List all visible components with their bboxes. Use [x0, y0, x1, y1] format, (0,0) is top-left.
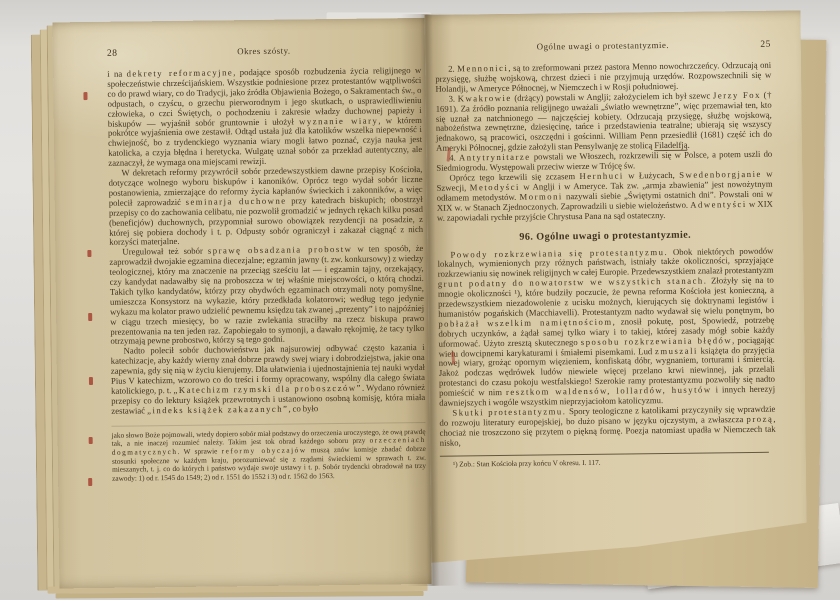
- running-head: Ogólne uwagi o protestantyzmie.: [469, 39, 737, 52]
- left-page-text: i na dekrety reformacyjne, podające spos…: [107, 66, 425, 417]
- running-head: Okres szósty.: [141, 44, 387, 57]
- red-edge-mark: [89, 377, 93, 385]
- paragraph: Powody rozkrzewiania się protestantyzmu.…: [437, 246, 775, 409]
- paragraph: Nadto polecił sobór duchowieństwu jak na…: [111, 343, 426, 416]
- left-page: 28 Okres szósty. i na dekrety reformacyj…: [53, 18, 432, 589]
- running-header-right: Ogólne uwagi o protestantyzmie. 25: [435, 39, 771, 54]
- page-number: 25: [737, 40, 771, 50]
- paragraph: Uregulował też sobór sprawę obsadzania p…: [109, 244, 424, 347]
- red-edge-mark: [88, 313, 92, 321]
- running-header-left: 28 Okres szósty.: [107, 44, 421, 59]
- photo-open-book: 28 Okres szósty. i na dekrety reformacyj…: [0, 0, 840, 600]
- red-edge-mark: [87, 250, 91, 257]
- paragraph: i na dekrety reformacyjne, podające spos…: [107, 66, 422, 169]
- paragraph: W dekretach reformy przywrócił sobór prz…: [108, 165, 423, 248]
- paragraph: 3. Kwakrowie (drżący) powstali w Anglji;…: [435, 90, 772, 154]
- right-page-footnote: ¹) Zob.: Stan Kościoła przy końcu V okre…: [440, 456, 776, 469]
- footnote-rule: [112, 422, 426, 427]
- footnote-rule: [440, 451, 769, 456]
- paragraph: Oprócz tego krzewili się zczasem Hernhuc…: [436, 170, 773, 224]
- right-page-text: 2. Mennonici, są to zreformowani przez p…: [435, 61, 776, 449]
- red-edge-mark: [89, 437, 93, 444]
- red-edge-mark: [88, 478, 92, 486]
- red-edge-mark: [83, 92, 87, 100]
- book-spread: 28 Okres szósty. i na dekrety reformacyj…: [0, 0, 840, 600]
- section-heading: 96. Ogólne uwagi o protestantyzmie.: [437, 228, 773, 243]
- right-page: Ogólne uwagi o protestantyzmie. 25 2. Me…: [425, 10, 808, 563]
- page-number: 28: [107, 48, 141, 58]
- paragraph: Skutki protestantyzmu. Spory teologiczne…: [439, 405, 775, 449]
- left-page-footnote: jako słowo Boże pojmowali, wtedy dopiero…: [112, 428, 427, 483]
